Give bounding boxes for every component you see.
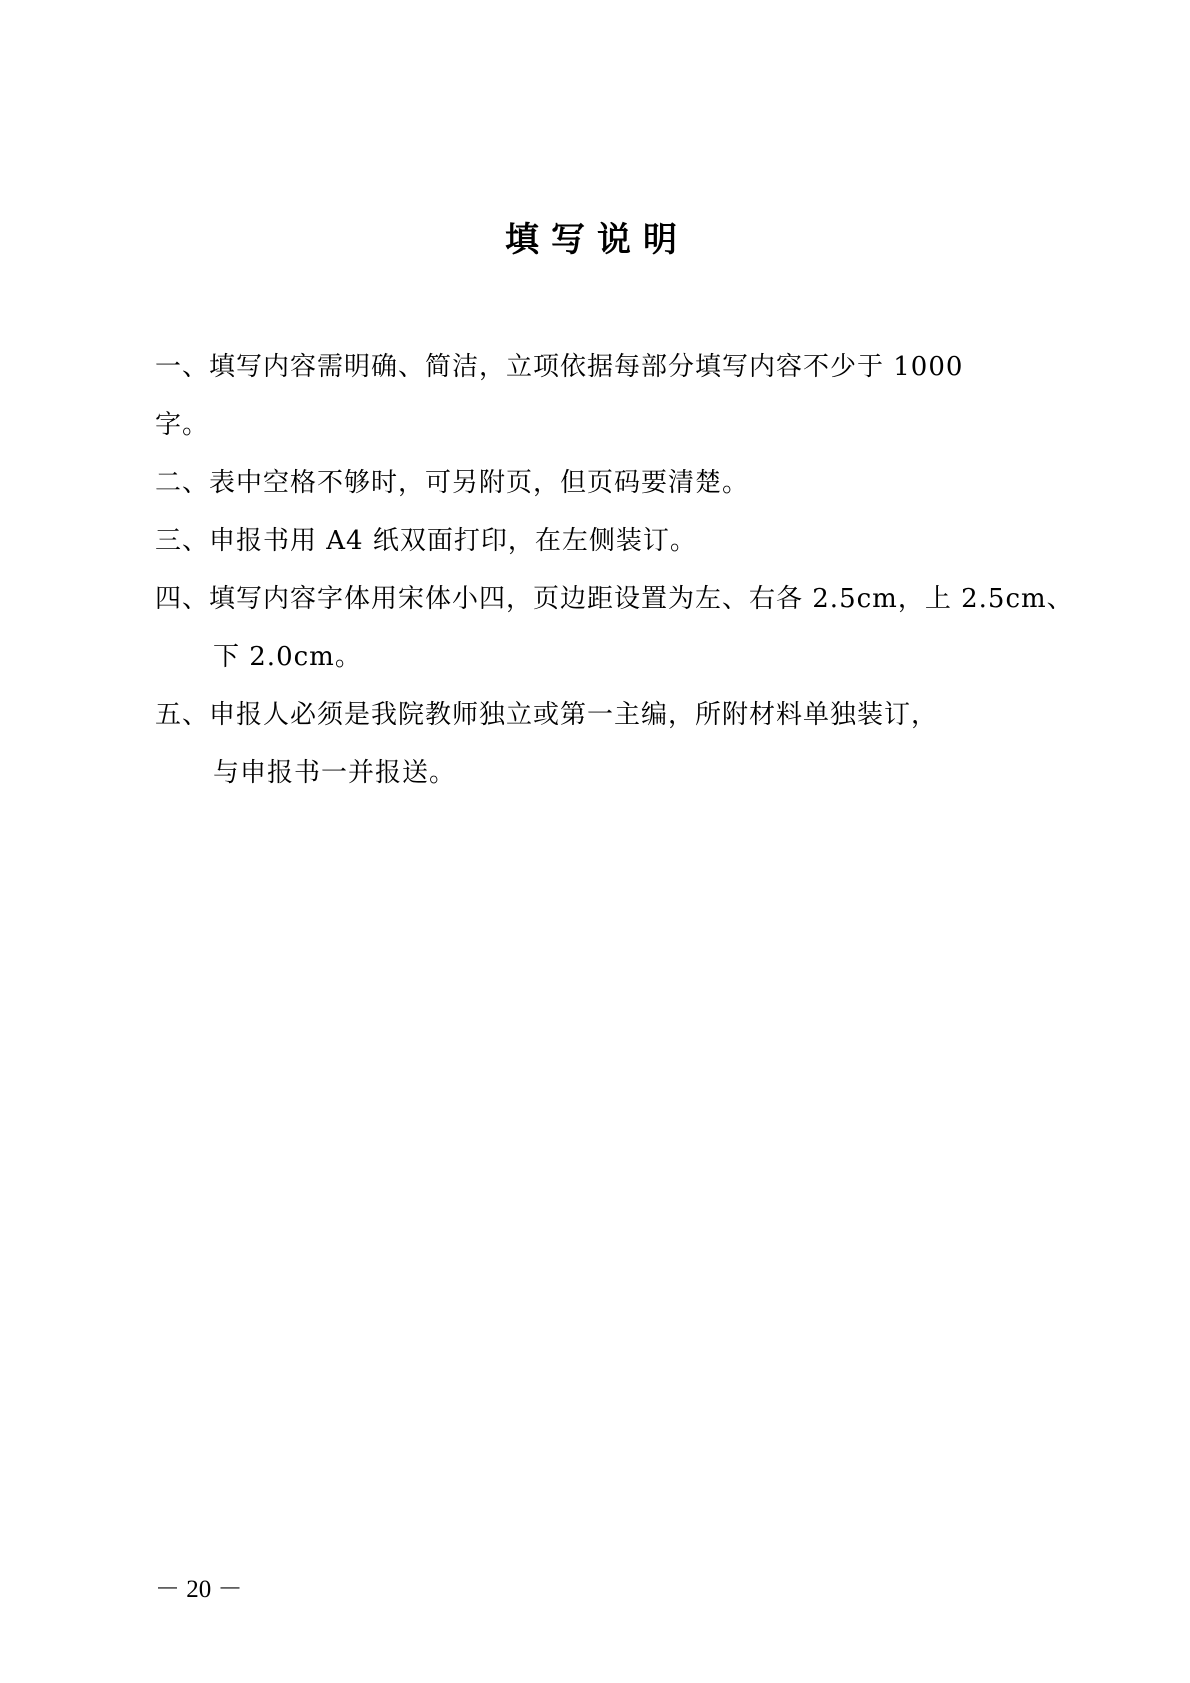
page-number: － 20 －	[155, 1572, 243, 1608]
instruction-list: 一、填写内容需明确、简洁，立项依据每部分填写内容不少于 1000 字。 二、表中…	[155, 338, 1070, 802]
instruction-item-5: 五、申报人必须是我院教师独立或第一主编，所附材料单独装订， 与申报书一并报送。	[155, 686, 1070, 802]
instruction-4-line-1: 四、填写内容字体用宋体小四，页边距设置为左、右各 2.5cm，上 2.5cm、	[155, 570, 1070, 628]
instruction-4-line-2: 下 2.0cm。	[155, 628, 1070, 686]
instruction-1-line-1: 一、填写内容需明确、简洁，立项依据每部分填写内容不少于 1000	[155, 338, 1070, 396]
page-number-left-dash: －	[155, 1572, 180, 1608]
instruction-5-line-1: 五、申报人必须是我院教师独立或第一主编，所附材料单独装订，	[155, 686, 1070, 744]
instruction-item-1: 一、填写内容需明确、简洁，立项依据每部分填写内容不少于 1000 字。	[155, 338, 1070, 454]
page-title: 填写说明	[0, 215, 1190, 265]
instruction-1-line-2: 字。	[155, 396, 1070, 454]
page-number-value: 20	[186, 1576, 211, 1603]
page-number-right-dash: －	[218, 1572, 243, 1608]
document-page: 填写说明 一、填写内容需明确、简洁，立项依据每部分填写内容不少于 1000 字。…	[0, 0, 1190, 1683]
instruction-5-line-2: 与申报书一并报送。	[155, 744, 1070, 802]
instruction-item-4: 四、填写内容字体用宋体小四，页边距设置为左、右各 2.5cm，上 2.5cm、 …	[155, 570, 1070, 686]
instruction-item-2: 二、表中空格不够时，可另附页，但页码要清楚。	[155, 454, 1070, 512]
instruction-2-line-1: 二、表中空格不够时，可另附页，但页码要清楚。	[155, 454, 1070, 512]
instruction-item-3: 三、申报书用 A4 纸双面打印，在左侧装订。	[155, 512, 1070, 570]
instruction-3-line-1: 三、申报书用 A4 纸双面打印，在左侧装订。	[155, 512, 1070, 570]
